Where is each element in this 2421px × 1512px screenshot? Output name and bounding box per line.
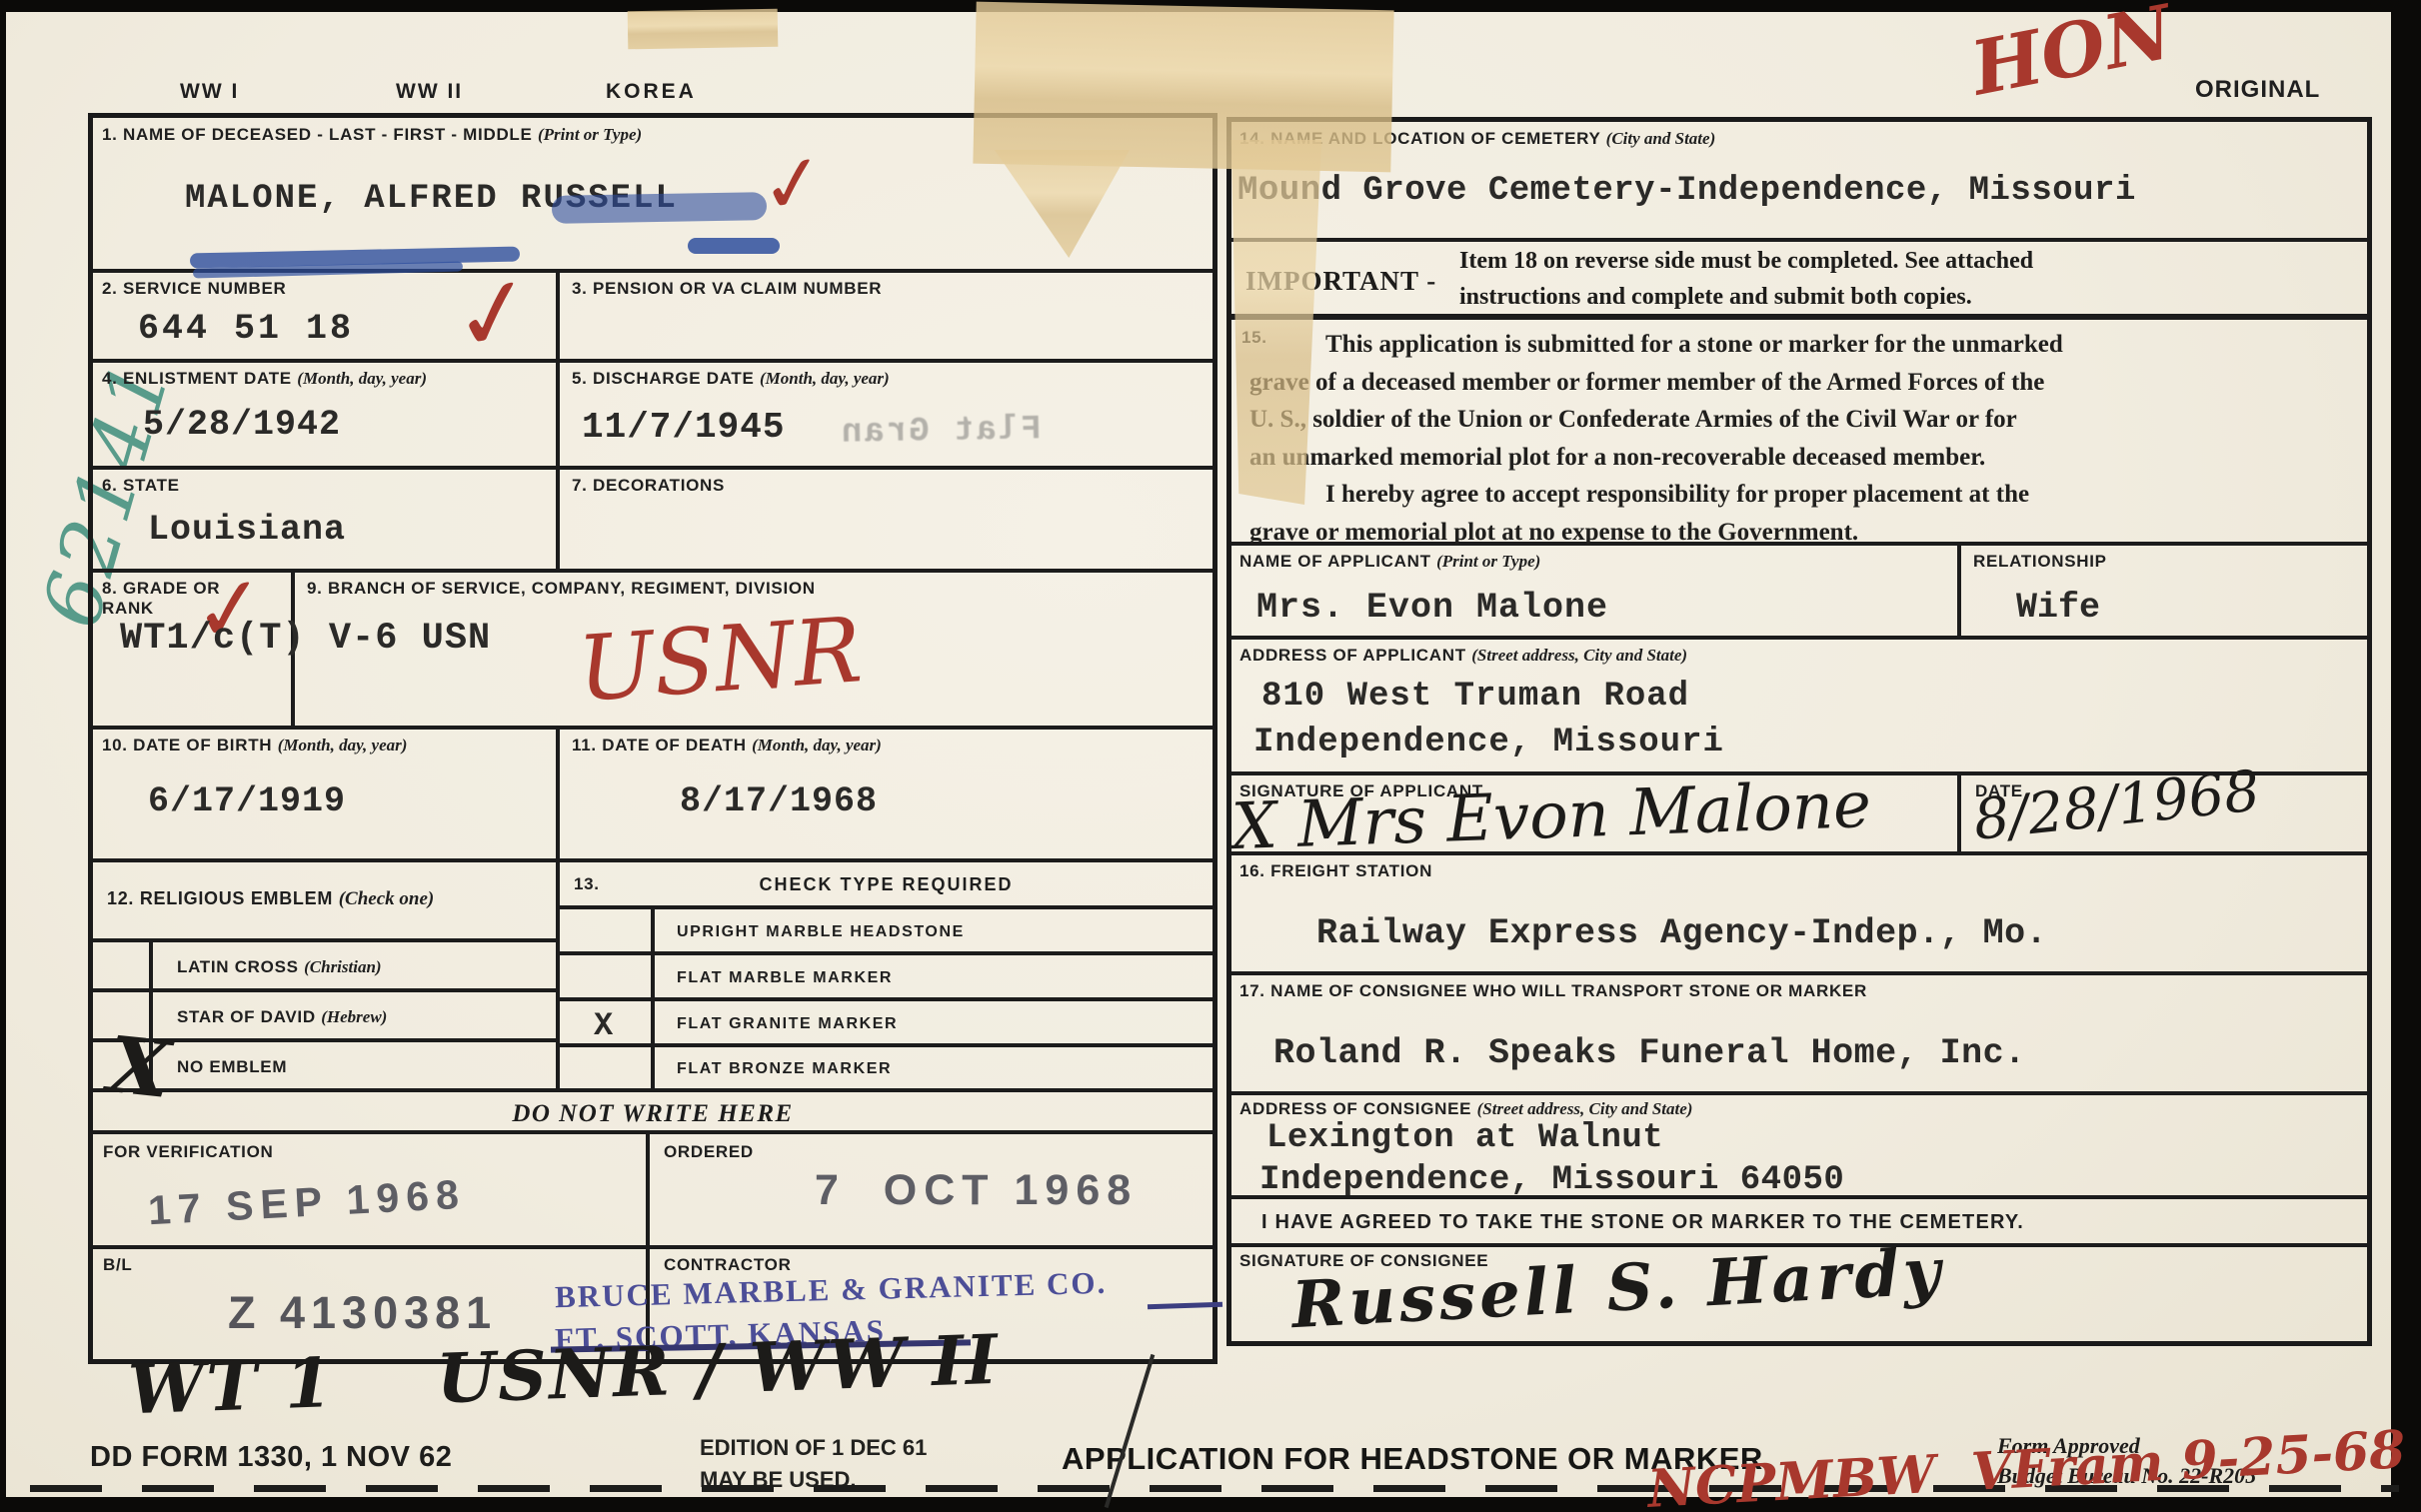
important-line1: Item 18 on reverse side must be complete… [1459,248,2033,275]
blue-blob-stroke [688,238,780,254]
edition-note-line1: EDITION OF 1 DEC 61 [700,1435,927,1461]
field-enlistment-date: 4. ENLISTMENT DATE (Month, day, year) 5/… [93,363,560,470]
option-flat-bronze: FLAT BRONZE MARKER [655,1047,1212,1092]
service-number-value: 644 51 18 [138,309,354,349]
field-consignee-address: ADDRESS OF CONSIGNEE (Street address, Ci… [1231,1095,2367,1199]
relationship-value: Wife [2016,588,2100,628]
field-decorations: 7. DECORATIONS [560,470,1212,573]
left-panel: 1. NAME OF DECEASED - LAST - FIRST - MID… [88,113,1217,1364]
certification-line: an unmarked memorial plot for a non-reco… [1249,439,2359,477]
field-for-verification: FOR VERIFICATION 17 SEP 1968 [93,1134,650,1249]
flat-bronze-label: FLAT BRONZE MARKER [655,1047,1212,1079]
bl-label: B/L [93,1249,646,1275]
checkbox-flat-bronze [560,1047,655,1092]
certification-line: grave of a deceased member or former mem… [1249,364,2359,402]
no-emblem-label: NO EMBLEM [153,1042,556,1077]
original-label: ORIGINAL [2195,80,2320,100]
checkbox-flat-marble [560,955,655,1001]
red-usnr-annotation: USNR [575,598,866,723]
field-cemetery: 14. NAME AND LOCATION OF CEMETERY (City … [1231,122,2367,242]
field-state: 6. STATE Louisiana [93,470,560,573]
name-of-deceased-label: 1. NAME OF DECEASED - LAST - FIRST - MID… [102,125,533,144]
form-number: DD FORM 1330, 1 NOV 62 [90,1441,452,1474]
era-label-ww1: WW I [180,82,239,102]
handwritten-x-no-emblem: X [104,1019,174,1116]
cemetery-value: Mound Grove Cemetery-Independence, Misso… [1237,172,2136,210]
consignee-address-line1: Lexington at Walnut [1266,1119,1663,1157]
tape-piece-small [628,9,779,50]
field-applicant-address: ADDRESS OF APPLICANT (Street address, Ci… [1231,640,2367,775]
field-date-of-death: 11. DATE OF DEATH (Month, day, year) 8/1… [560,730,1212,862]
enlistment-date-value: 5/28/1942 [143,405,341,445]
blue-strike-over-russell [552,192,767,224]
verification-date-stamp: 17 SEP 1968 [147,1171,467,1235]
agreement-text: I HAVE AGREED TO TAKE THE STONE OR MARKE… [1231,1199,2367,1232]
field-check-type-header: 13. CHECK TYPE REQUIRED [560,862,1212,909]
discharge-date-label: 5. DISCHARGE DATE [572,369,755,388]
field-relationship: RELATIONSHIP Wife [1961,546,2367,640]
typed-x-flat-granite: X [594,1007,613,1044]
important-note: IMPORTANT - Item 18 on reverse side must… [1231,242,2367,320]
applicant-name-hint: (Print or Type) [1436,552,1540,571]
field-religious-emblem-header: 12. RELIGIOUS EMBLEM (Check one) [93,862,560,942]
date-of-death-label: 11. DATE OF DEATH [572,736,747,755]
consignee-address-hint: (Street address, City and State) [1477,1099,1693,1118]
state-value: Louisiana [148,510,346,550]
certification-line: U. S., soldier of the Union or Confedera… [1249,401,2359,439]
important-line2: instructions and complete and submit bot… [1459,284,1972,311]
applicant-address-line1: 810 West Truman Road [1261,678,1689,716]
option-flat-granite: FLAT GRANITE MARKER [655,1001,1212,1047]
flat-marble-label: FLAT MARBLE MARKER [655,955,1212,988]
freight-station-label: 16. FREIGHT STATION [1231,855,2367,881]
enlistment-date-label: 4. ENLISTMENT DATE [102,369,292,388]
certification-paragraph: 15. This application is submitted for a … [1231,320,2367,546]
field-freight-station: 16. FREIGHT STATION Railway Express Agen… [1231,855,2367,975]
consignee-name-value: Roland R. Speaks Funeral Home, Inc. [1273,1033,2026,1073]
agreement-statement: I HAVE AGREED TO TAKE THE STONE OR MARKE… [1231,1199,2367,1247]
date-of-birth-value: 6/17/1919 [148,781,346,821]
date-of-birth-label: 10. DATE OF BIRTH [102,736,272,755]
pension-claim-label: 3. PENSION OR VA CLAIM NUMBER [560,273,1212,299]
field-consignee-name: 17. NAME OF CONSIGNEE WHO WILL TRANSPORT… [1231,975,2367,1095]
ghost-stamp-flat-granite: Flat Gran [840,411,1042,453]
religious-emblem-hint: (Check one) [339,888,435,909]
red-checkmark-name: ✓ [755,136,832,234]
field-applicant-name: NAME OF APPLICANT (Print or Type) Mrs. E… [1231,546,1961,640]
check-type-number: 13. [574,874,600,894]
option-no-emblem: NO EMBLEM [153,1042,560,1092]
do-not-write-here-banner: DO NOT WRITE HERE [93,1092,1212,1134]
religious-emblem-label: 12. RELIGIOUS EMBLEM [107,888,333,908]
field-date-of-birth: 10. DATE OF BIRTH (Month, day, year) 6/1… [93,730,560,862]
consignee-address-label: ADDRESS OF CONSIGNEE [1239,1099,1471,1118]
latin-cross-hint: (Christian) [304,957,381,976]
state-label: 6. STATE [93,470,556,496]
date-of-death-value: 8/17/1968 [680,781,878,821]
latin-cross-label: LATIN CROSS [177,957,299,976]
enlistment-date-hint: (Month, day, year) [297,369,427,388]
applicant-name-label: NAME OF APPLICANT [1239,552,1431,571]
checkbox-latin-cross [93,942,153,992]
grade-branch-value: WT1/c(T) V-6 USN [120,618,491,660]
era-label-ww2: WW II [396,82,463,102]
relationship-label: RELATIONSHIP [1961,546,2367,572]
option-star-of-david: STAR OF DAVID (Hebrew) [153,992,560,1042]
applicant-address-label: ADDRESS OF APPLICANT [1239,646,1466,665]
option-upright-marble: UPRIGHT MARBLE HEADSTONE [655,909,1212,955]
branch-of-service-label: 9. BRANCH OF SERVICE, COMPANY, REGIMENT,… [295,573,1212,599]
name-of-deceased-hint: (Print or Type) [538,125,642,144]
applicant-address-hint: (Street address, City and State) [1471,646,1687,665]
option-flat-marble: FLAT MARBLE MARKER [655,955,1212,1001]
tape-piece-large [973,2,1393,173]
date-of-birth-hint: (Month, day, year) [278,736,408,755]
cemetery-hint: (City and State) [1606,129,1716,148]
field-discharge-date: 5. DISCHARGE DATE (Month, day, year) 11/… [560,363,1212,470]
discharge-date-hint: (Month, day, year) [760,369,890,388]
era-label-korea: KOREA [606,82,697,102]
consignee-name-label: 17. NAME OF CONSIGNEE WHO WILL TRANSPORT… [1231,975,2367,1001]
applicant-address-line2: Independence, Missouri [1253,724,1724,761]
ordered-label: ORDERED [650,1134,1212,1162]
freight-station-value: Railway Express Agency-Indep., Mo. [1316,913,2047,953]
applicant-name-value: Mrs. Evon Malone [1256,588,1608,628]
certification-line: I hereby agree to accept responsibility … [1249,476,2359,514]
field-pension-claim: 3. PENSION OR VA CLAIM NUMBER [560,273,1212,363]
certification-line: This application is submitted for a ston… [1249,326,2359,364]
star-of-david-hint: (Hebrew) [321,1007,387,1026]
for-verification-label: FOR VERIFICATION [93,1134,646,1162]
discharge-date-value: 11/7/1945 [582,407,785,448]
checkbox-upright-marble [560,909,655,955]
decorations-label: 7. DECORATIONS [560,470,1212,496]
field-ordered: ORDERED 7 OCT 1968 [650,1134,1212,1249]
flat-granite-label: FLAT GRANITE MARKER [655,1001,1212,1034]
scanned-form-dd1330: { "meta": { "era_labels": {"ww1": "WW I"… [0,0,2421,1512]
date-of-death-hint: (Month, day, year) [752,736,882,755]
upright-marble-label: UPRIGHT MARBLE HEADSTONE [655,909,1212,942]
ordered-date-stamp: 7 OCT 1968 [815,1166,1138,1215]
bl-number-stamp: Z 4130381 [228,1287,497,1339]
option-latin-cross: LATIN CROSS (Christian) [153,942,560,992]
right-panel: 14. NAME AND LOCATION OF CEMETERY (City … [1226,117,2372,1346]
check-type-label: CHECK TYPE REQUIRED [560,862,1212,894]
star-of-david-label: STAR OF DAVID [177,1007,316,1026]
checkbox-flat-granite: X [560,1001,655,1047]
consignee-address-line2: Independence, Missouri 64050 [1259,1161,1844,1199]
